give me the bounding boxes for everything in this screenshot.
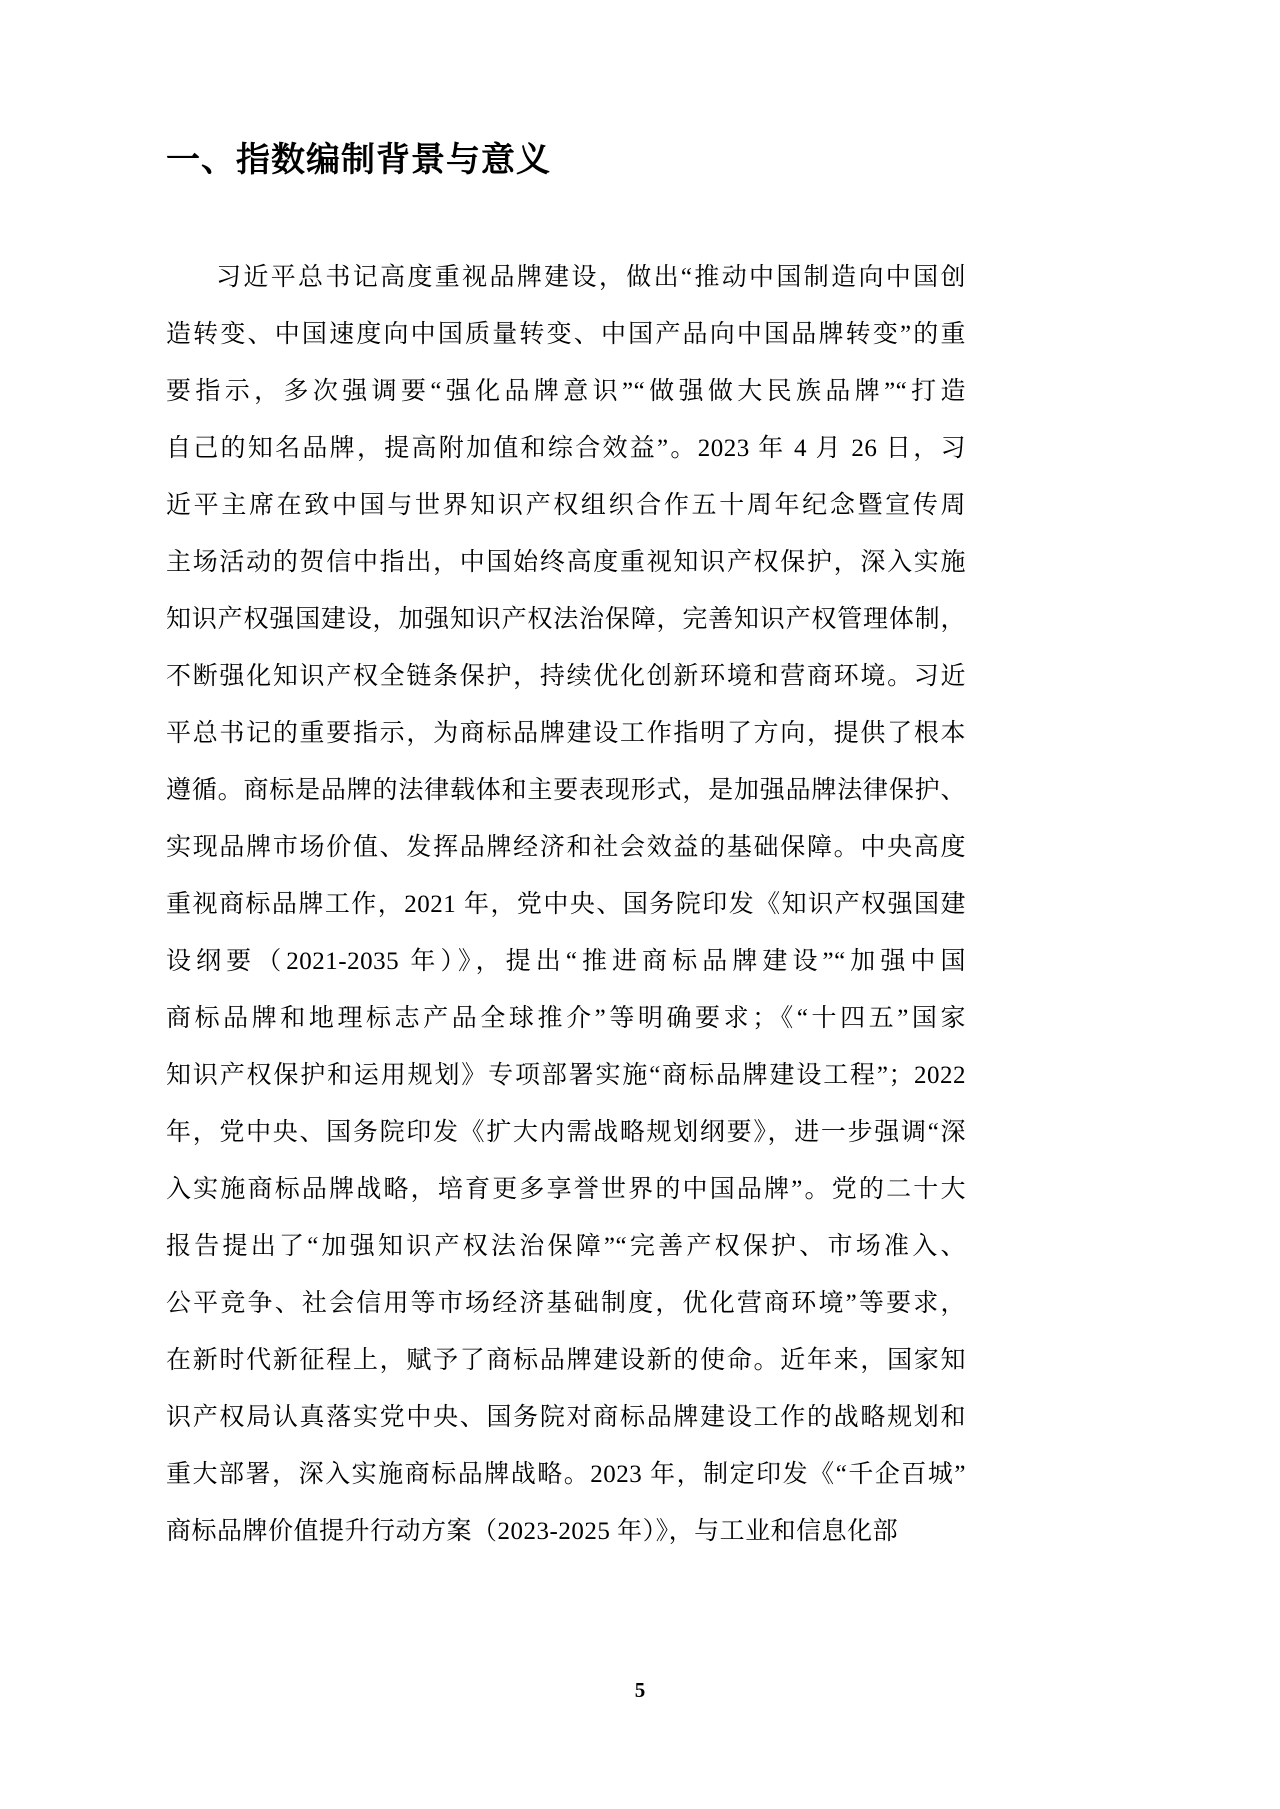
paragraph-line: 识产权局认真落实党中央、国务院对商标品牌建设工作的战略规划和 xyxy=(166,1389,966,1446)
paragraph-line: 近平主席在致中国与世界知识产权组织合作五十周年纪念暨宣传周 xyxy=(166,477,966,534)
paragraph-line: 平总书记的重要指示，为商标品牌建设工作指明了方向，提供了根本 xyxy=(166,705,966,762)
paragraph-line: 年，党中央、国务院印发《扩大内需战略规划纲要》，进一步强调“深 xyxy=(166,1104,966,1161)
paragraph-line: 商标品牌价值提升行动方案（2023-2025 年）》，与工业和信息化部 xyxy=(166,1503,966,1560)
document-page: 一、指数编制背景与意义 习近平总书记高度重视品牌建设，做出“推动中国制造向中国创… xyxy=(0,0,1280,1809)
paragraph-line: 设纲要（2021-2035 年）》，提出“推进商标品牌建设”“加强中国 xyxy=(166,933,966,990)
paragraph-line: 重视商标品牌工作，2021 年，党中央、国务院印发《知识产权强国建 xyxy=(166,876,966,933)
paragraph-line: 在新时代新征程上，赋予了商标品牌建设新的使命。近年来，国家知 xyxy=(166,1332,966,1389)
paragraph-line: 知识产权保护和运用规划》专项部署实施“商标品牌建设工程”；2022 xyxy=(166,1047,966,1104)
section-heading: 一、指数编制背景与意义 xyxy=(166,140,966,181)
paragraph-line: 公平竞争、社会信用等市场经济基础制度，优化营商环境”等要求， xyxy=(166,1275,966,1332)
paragraph-line: 遵循。商标是品牌的法律载体和主要表现形式，是加强品牌法律保护、 xyxy=(166,762,966,819)
paragraph-line: 重大部署，深入实施商标品牌战略。2023 年，制定印发《“千企百城” xyxy=(166,1446,966,1503)
paragraph-line: 入实施商标品牌战略，培育更多享誉世界的中国品牌”。党的二十大 xyxy=(166,1161,966,1218)
paragraph-line: 商标品牌和地理标志产品全球推介”等明确要求；《“十四五”国家 xyxy=(166,990,966,1047)
paragraph-line: 自己的知名品牌，提高附加值和综合效益”。2023 年 4 月 26 日，习 xyxy=(166,420,966,477)
paragraph-line: 知识产权强国建设，加强知识产权法治保障，完善知识产权管理体制， xyxy=(166,591,966,648)
paragraph-line: 实现品牌市场价值、发挥品牌经济和社会效益的基础保障。中央高度 xyxy=(166,819,966,876)
paragraph-line: 主场活动的贺信中指出，中国始终高度重视知识产权保护，深入实施 xyxy=(166,534,966,591)
paragraph-line: 不断强化知识产权全链条保护，持续优化创新环境和营商环境。习近 xyxy=(166,648,966,705)
page-number: 5 xyxy=(0,1678,1280,1703)
paragraph-line: 习近平总书记高度重视品牌建设，做出“推动中国制造向中国创 xyxy=(166,249,966,306)
paragraph-line: 要指示，多次强调要“强化品牌意识”“做强做大民族品牌”“打造 xyxy=(166,363,966,420)
body-paragraph: 习近平总书记高度重视品牌建设，做出“推动中国制造向中国创 造转变、中国速度向中国… xyxy=(166,249,966,1560)
paragraph-line: 报告提出了“加强知识产权法治保障”“完善产权保护、市场准入、 xyxy=(166,1218,966,1275)
paragraph-line: 造转变、中国速度向中国质量转变、中国产品向中国品牌转变”的重 xyxy=(166,306,966,363)
page-content: 一、指数编制背景与意义 习近平总书记高度重视品牌建设，做出“推动中国制造向中国创… xyxy=(166,140,966,1560)
